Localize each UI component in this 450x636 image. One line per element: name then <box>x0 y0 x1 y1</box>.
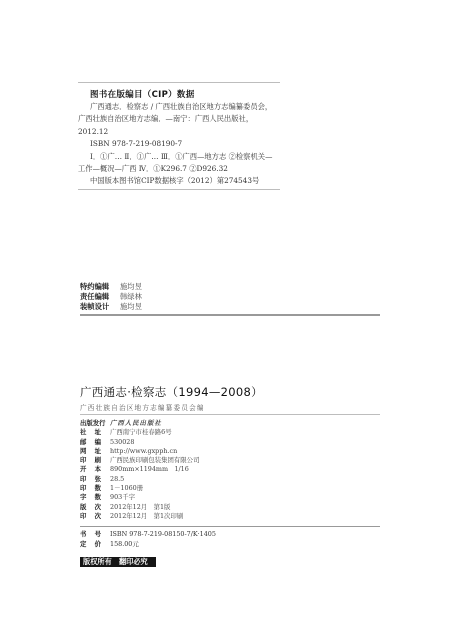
editor-name: 施均昱 <box>120 282 142 292</box>
editor-name: 施均昱 <box>120 302 142 312</box>
cip-heading: 图书在版编目（CIP）数据 <box>90 88 195 100</box>
detail-row-website: 网址 http://www.gxpph.cn <box>80 447 199 456</box>
detail-row-sheets: 印张 28.5 <box>80 475 199 484</box>
detail-row-postcode: 邮编 530028 <box>80 438 199 447</box>
detail-label: 开本 <box>80 465 101 474</box>
detail-label: 印次 <box>80 512 101 521</box>
code-row-isbn: 书号 ISBN 978-7-219-08150-7/K·1405 <box>80 530 216 540</box>
editors-block: 特约编辑 施均昱 责任编辑 韩绿林 装帧设计 施均昱 <box>80 282 142 312</box>
book-title: 广西通志·检察志（1994—2008） <box>80 384 263 400</box>
editors-bottom-rule <box>80 314 380 316</box>
code-label: 定价 <box>80 540 101 550</box>
code-label: 书号 <box>80 530 101 540</box>
cip-line-citation: 广西通志．检察志 / 广西壮族自治区地方志编纂委员会，广西壮族自治区地方志编．—… <box>78 101 278 138</box>
code-row-price: 定价 158.00元 <box>80 540 216 550</box>
cip-line-record-number: 中国版本图书馆CIP数据核字（2012）第274543号 <box>78 175 278 187</box>
detail-label: 印数 <box>80 484 101 493</box>
details-bottom-rule <box>80 526 380 527</box>
detail-row-address: 社址 广西南宁市桂春路6号 <box>80 428 199 437</box>
detail-value: 890mm×1194mm 1/16 <box>110 465 189 474</box>
codes-block: 书号 ISBN 978-7-219-08150-7/K·1405 定价 158.… <box>80 530 216 549</box>
detail-value: 1－1060册 <box>110 484 143 493</box>
detail-row-print-run: 印数 1－1060册 <box>80 484 199 493</box>
detail-row-format: 开本 890mm×1194mm 1/16 <box>80 465 199 474</box>
editor-name: 韩绿林 <box>120 292 142 302</box>
detail-value: 2012年12月 第1次印刷 <box>110 512 183 521</box>
detail-label: 网址 <box>80 447 101 456</box>
price-value: 158.00元 <box>110 540 139 550</box>
detail-label: 邮编 <box>80 438 101 447</box>
detail-label: 字数 <box>80 493 101 502</box>
publisher-logo: 广西人民出版社 <box>110 419 162 428</box>
detail-label: 社址 <box>80 428 101 437</box>
cip-bottom-rule <box>78 189 280 190</box>
detail-value: 广西民族印刷包装集团有限公司 <box>110 456 199 465</box>
book-author: 广西壮族自治区地方志编纂委员会编 <box>80 402 205 412</box>
detail-row-printing: 印次 2012年12月 第1次印刷 <box>80 512 199 521</box>
editor-label: 特约编辑 <box>80 282 120 292</box>
publication-details: 出版发行 广西人民出版社 社址 广西南宁市桂春路6号 邮编 530028 网址 … <box>80 419 199 521</box>
cip-top-rule <box>78 82 280 83</box>
editor-row-design: 装帧设计 施均昱 <box>80 302 142 312</box>
editor-label: 装帧设计 <box>80 302 120 312</box>
cip-body: 广西通志．检察志 / 广西壮族自治区地方志编纂委员会，广西壮族自治区地方志编．—… <box>78 101 278 188</box>
detail-value: 903千字 <box>110 493 135 502</box>
editor-row-responsible: 责任编辑 韩绿林 <box>80 292 142 302</box>
detail-value: 28.5 <box>110 475 124 484</box>
detail-value: 530028 <box>110 438 134 447</box>
detail-label: 印张 <box>80 475 101 484</box>
cip-line-classification: Ⅰ．①广… Ⅱ．①广… Ⅲ．①广西—地方志 ②检察机关—工作—概况—广西 Ⅳ．①… <box>78 151 278 176</box>
isbn-value: ISBN 978-7-219-08150-7/K·1405 <box>110 530 216 540</box>
detail-row-word-count: 字数 903千字 <box>80 493 199 502</box>
detail-value: http://www.gxpph.cn <box>110 447 177 456</box>
detail-label: 出版发行 <box>80 419 110 428</box>
title-bottom-rule <box>80 414 380 415</box>
cip-line-isbn: ISBN 978-7-219-08190-7 <box>78 138 278 150</box>
detail-row-edition: 版次 2012年12月 第1版 <box>80 503 199 512</box>
detail-label: 版次 <box>80 503 101 512</box>
detail-value: 广西南宁市桂春路6号 <box>110 428 172 437</box>
detail-row-publisher: 出版发行 广西人民出版社 <box>80 419 199 428</box>
editor-label: 责任编辑 <box>80 292 120 302</box>
detail-value: 2012年12月 第1版 <box>110 503 170 512</box>
editor-row-special: 特约编辑 施均昱 <box>80 282 142 292</box>
copyright-notice: 版权所有 翻印必究 <box>80 557 156 567</box>
